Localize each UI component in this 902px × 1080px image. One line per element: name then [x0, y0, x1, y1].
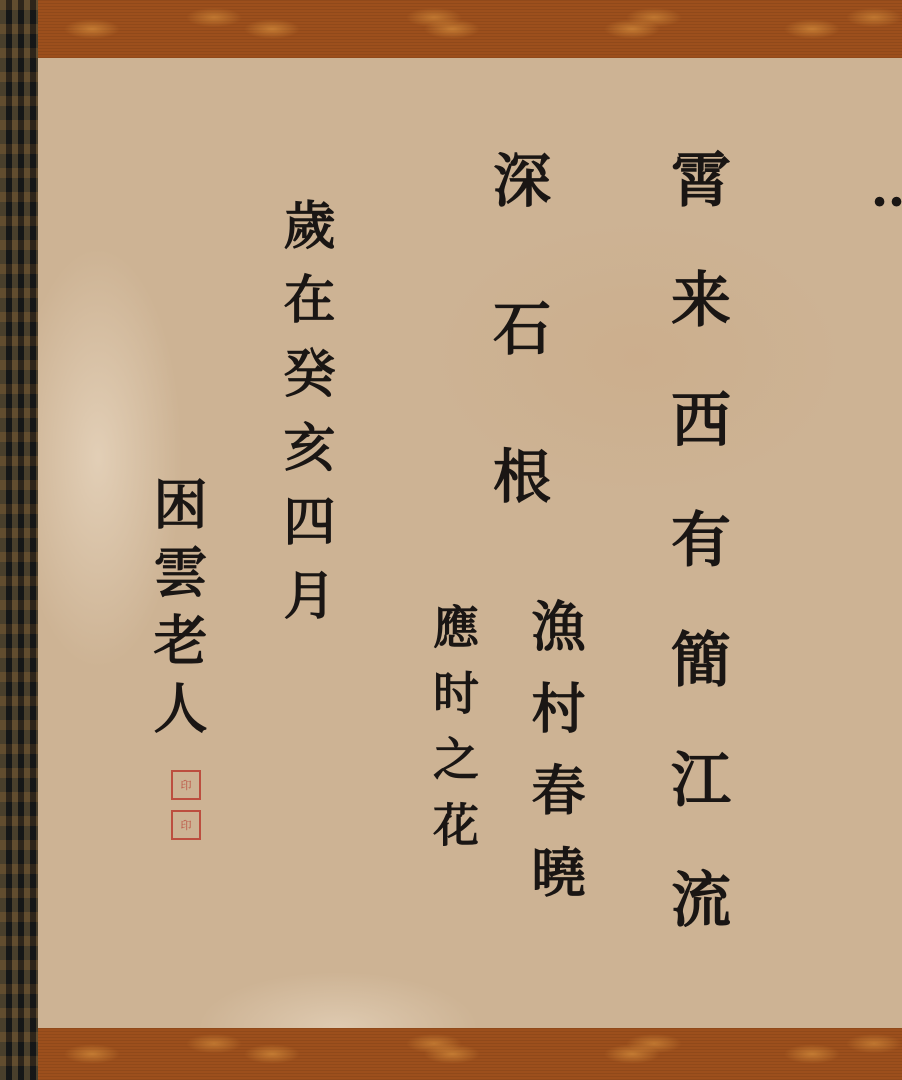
brocade-bottom [38, 1028, 902, 1080]
signature-column: 困雲老人 [150, 476, 204, 748]
brocade-top [38, 0, 902, 58]
calligraphy-column: 深石根 [488, 150, 546, 594]
red-seal: 印 [171, 770, 201, 800]
calligraphy-column: 歲在癸亥四月 [278, 198, 330, 642]
calligraphy-column: … [870, 158, 902, 219]
red-seal: 印 [171, 810, 201, 840]
calligraphy-column: 霄来西有簡江流 [666, 148, 726, 988]
calligraphy-column: 應时之花 [430, 603, 476, 867]
calligraphy-paper: … 霄来西有簡江流 深石根 漁村春曉 應时之花 歲在癸亥四月 困雲老人 印 印 [38, 58, 902, 1028]
calligraphy-column: 漁村春曉 [528, 598, 582, 926]
scroll-border-left [0, 0, 38, 1080]
